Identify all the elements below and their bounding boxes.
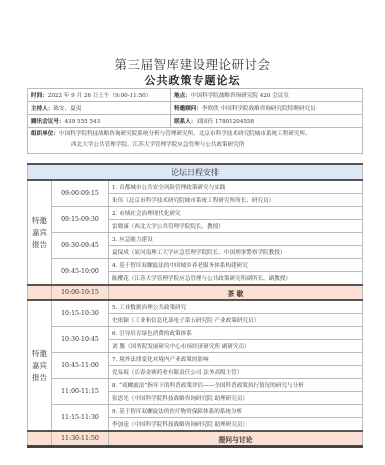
slot-topic: 3. 应急能力建设 — [109, 233, 363, 246]
slot-time: 09:30-09:45 — [52, 233, 109, 259]
schedule-header-row: 论坛日程安排 — [28, 164, 363, 180]
time-value: 2022 年 9 月 26 日上午（9:00-11:50） — [48, 93, 152, 99]
slot-speaker: 张思光（中国科学院科技战略咨询研究院 助理研究员） — [109, 392, 363, 405]
slot-time: 11:00-11:15 — [52, 379, 109, 405]
contact-cell: 联系人：刘国佳 17801204558 — [171, 115, 363, 128]
slot-speaker: 党易琨（长春金赛药业有限责任公司 法务高级主管） — [109, 366, 363, 379]
discussion-row: 11:30-11:50 提问与讨论 — [28, 431, 363, 447]
slot-topic: 9. 基于智库双螺旋法的医疗物资保障体系的系统分析 — [109, 405, 363, 418]
org-cell: 组织单位：中国科学院科技战略咨询研究院系统分析与管理研究所、北京市科学技术研究院… — [28, 128, 363, 154]
slot-topic: 4. 基于智库双螺旋法的中国城乡养老服务体系构建研究 — [109, 259, 363, 272]
meeting-label: 腾讯会议号： — [31, 119, 65, 125]
slot-topic: 1. 首都城市公共安全风险管理政策研究与实践 — [109, 180, 363, 194]
slot-time: 11:15-11:30 — [52, 405, 109, 432]
table-row: 10:30-10:45 6. 引导培育绿色消费的政策体系 — [28, 327, 363, 340]
schedule-table: 论坛日程安排 特邀嘉宾报告 09:00-09:15 1. 首都城市公共安全风险管… — [27, 163, 363, 448]
slot-topic: 2. 市域社会治理现代化研究 — [109, 207, 363, 220]
info-row: 时间：2022 年 9 月 26 日上午（9:00-11:50） 地点：中国科学… — [28, 89, 363, 102]
host-label: 主持人： — [31, 106, 53, 112]
slot-topic: 5. 工业数据治理公共政策研究 — [109, 300, 363, 314]
table-row: 11:15-11:30 9. 基于智库双螺旋法的医疗物资保障体系的系统分析 — [28, 405, 363, 418]
break-spacer — [28, 431, 52, 447]
slot-time: 10:45-11:00 — [52, 353, 109, 379]
table-row: 特邀嘉宾报告 10:15-10:30 5. 工业数据治理公共政策研究 — [28, 300, 363, 314]
page-subtitle: 公共政策专题论坛 — [0, 72, 385, 88]
break-title: 茶 歇 — [109, 285, 363, 300]
slot-speaker: 朱伟（北京市科学技术研究院城市系统工程研究所所长、研究员） — [109, 194, 363, 207]
discussion-title: 提问与讨论 — [109, 431, 363, 447]
table-row: 特邀嘉宾报告 09:00-09:15 1. 首都城市公共安全风险管理政策研究与实… — [28, 180, 363, 194]
slot-time: 09:15-09:30 — [52, 207, 109, 233]
slot-speaker: 雷晓康（西北大学公共管理学院院长、教授） — [109, 220, 363, 233]
org-line-2: 西北大学公共管理学院、江苏大学管理学院应急管理与公共政策研究所 — [31, 140, 359, 151]
org-row: 组织单位：中国科学院科技战略咨询研究院系统分析与管理研究所、北京市科学技术研究院… — [28, 128, 363, 154]
venue-label: 地点： — [174, 93, 191, 99]
table-row: 10:45-11:00 7. 境外法律变化对境内产业政策的影响 — [28, 353, 363, 366]
advisor-label: 特邀顾问： — [174, 106, 202, 112]
slot-topic: 6. 引导培育绿色消费的政策体系 — [109, 327, 363, 340]
session-label: 特邀嘉宾报告 — [28, 300, 52, 431]
session-label: 特邀嘉宾报告 — [28, 180, 52, 285]
host-value: 陈安、夏夷 — [53, 106, 81, 112]
contact-value: 刘国佳 17801204558 — [196, 119, 254, 125]
slot-speaker: 陈樱花（江苏大学管理学院应急管理与公共政策研究所副所长、副教授） — [109, 272, 363, 286]
break-row: 10:00-10:15 茶 歇 — [28, 285, 363, 300]
slot-time: 09:45-10:00 — [52, 259, 109, 286]
contact-label: 联系人： — [174, 119, 196, 125]
table-row: 11:00-11:15 8. “双螺旋法”指导下的科普政策评估——全国科普政策执… — [28, 379, 363, 392]
slot-speaker: 史依颖（工业和信息化部电子第五研究院 产业政策研究员） — [109, 314, 363, 327]
time-label: 时间： — [31, 93, 48, 99]
org-line-1: 中国科学院科技战略咨询研究院系统分析与管理研究所、北京市科学技术研究院城市系统工… — [59, 131, 311, 137]
slot-speaker: 李加逵（中国科学院科技战略咨询研究院 助理研究员） — [109, 418, 363, 432]
slot-topic: 8. “双螺旋法”指导下的科普政策评估——全国科普政策执行情况的研究与分析 — [109, 379, 363, 392]
advisor-value: 李欣欣 中国科学院战略咨询研究院特聘研究员 — [202, 106, 316, 112]
slot-time: 10:30-10:45 — [52, 327, 109, 353]
venue-cell: 地点：中国科学院战略咨询研究院 420 会议室 — [171, 89, 363, 102]
time-cell: 时间：2022 年 9 月 26 日上午（9:00-11:50） — [28, 89, 171, 102]
slot-speaker: 夏保成（原河南理工大学应急管理学院院长、中国刑事警察学院教授） — [109, 246, 363, 259]
break-spacer — [28, 285, 52, 300]
info-row: 主持人：陈安、夏夷 特邀顾问：李欣欣 中国科学院战略咨询研究院特聘研究员 — [28, 102, 363, 115]
org-label: 组织单位： — [31, 131, 59, 137]
info-row: 腾讯会议号：439 555 543 联系人：刘国佳 17801204558 — [28, 115, 363, 128]
slot-time: 09:00-09:15 — [52, 180, 109, 207]
venue-value: 中国科学院战略咨询研究院 420 会议室 — [191, 93, 289, 99]
slot-speaker: 刘 馨（国务院发展研究中心市场经济研究所 副研究员） — [109, 340, 363, 353]
page-title: 第三届智库建设理论研讨会 — [0, 55, 385, 73]
break-time: 10:00-10:15 — [52, 285, 109, 300]
slot-time: 10:15-10:30 — [52, 300, 109, 327]
table-row: 09:45-10:00 4. 基于智库双螺旋法的中国城乡养老服务体系构建研究 — [28, 259, 363, 272]
host-cell: 主持人：陈安、夏夷 — [28, 102, 171, 115]
advisor-cell: 特邀顾问：李欣欣 中国科学院战略咨询研究院特聘研究员 — [171, 102, 363, 115]
schedule-header: 论坛日程安排 — [28, 164, 363, 180]
table-row: 09:30-09:45 3. 应急能力建设 — [28, 233, 363, 246]
info-table: 时间：2022 年 9 月 26 日上午（9:00-11:50） 地点：中国科学… — [27, 88, 363, 154]
meeting-id: 439 555 543 — [65, 119, 101, 125]
slot-topic: 7. 境外法律变化对境内产业政策的影响 — [109, 353, 363, 366]
meeting-cell: 腾讯会议号：439 555 543 — [28, 115, 171, 128]
table-row: 09:15-09:30 2. 市域社会治理现代化研究 — [28, 207, 363, 220]
discussion-time: 11:30-11:50 — [52, 431, 109, 447]
